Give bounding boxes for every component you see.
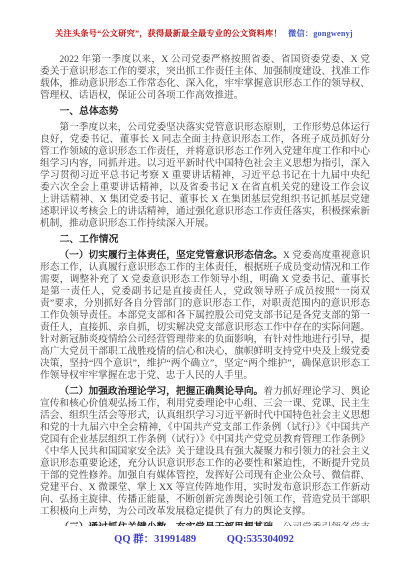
document-page: 关注头条号“公文研究”，获得最新最全最专业的公文资料库！ 微信：gongweny… bbox=[0, 0, 408, 580]
section-3-paragraph: （三）通过抓住关键少数，夯实党员干部思想基础。公司党委引领各党支部发挥组织生活优… bbox=[40, 522, 370, 526]
section-1-paragraph: （一）切实履行主体责任，坚定党管意识形态信念。X 党委高度重视意识形态工作，认真… bbox=[40, 250, 370, 382]
footer-qq: QQ:535304092 bbox=[227, 534, 294, 545]
section-2-text: 着力抓好理论学习、舆论宣传和核心价值观弘扬工作，利用党委理论中心组、三会一课、党… bbox=[40, 386, 370, 517]
page-header: 关注头条号“公文研究”，获得最新最全最专业的公文资料库！ 微信：gongweny… bbox=[0, 28, 408, 39]
document-body: 2022 年第一季度以来，X 公司党委严格按照省委、省国资委党委、X 党委关于意… bbox=[40, 54, 370, 526]
section-1-lead: （一）切实履行主体责任，坚定党管意识形态信念。 bbox=[59, 250, 282, 261]
section-2-paragraph: （二）加强政治理论学习，把握正确舆论导向。着力抓好理论学习、舆论宣传和核心价值观… bbox=[40, 386, 370, 518]
section-1-text: X 党委高度重视意识形态工作，认真履行意识形态工作的主体责任，根据班子成员变动情… bbox=[40, 250, 370, 381]
heading-overall-situation: 一、总体态势 bbox=[40, 106, 370, 118]
overall-situation-paragraph: 第一季度以来，公司党委坚决落实党管意识形态原则，工作形势总体运行良好，党委书记、… bbox=[40, 122, 370, 230]
footer-qq-group: QQ 群：31991489 bbox=[114, 534, 196, 545]
header-wechat-contact: 微信：gongwenyj bbox=[288, 29, 353, 38]
page-footer: QQ 群：31991489 QQ:535304092 bbox=[0, 531, 408, 546]
heading-work-status: 二、工作情况 bbox=[40, 234, 370, 246]
intro-paragraph: 2022 年第一季度以来，X 公司党委严格按照省委、省国资委党委、X 党委关于意… bbox=[40, 54, 370, 102]
header-promo-text: 关注头条号“公文研究”，获得最新最全最专业的公文资料库！ bbox=[55, 29, 282, 38]
section-3-lead: （三）通过抓住关键少数，夯实党员干部思想基础。 bbox=[59, 522, 282, 526]
section-2-lead: （二）加强政治理论学习，把握正确舆论导向。 bbox=[59, 386, 263, 397]
